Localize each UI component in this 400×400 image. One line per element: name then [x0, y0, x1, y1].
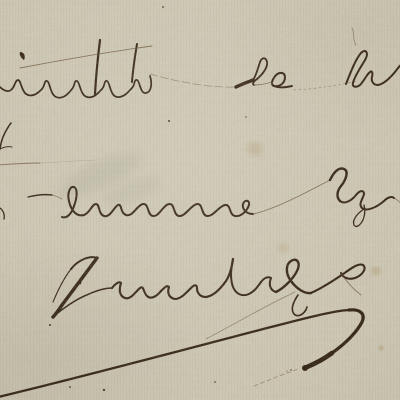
foxing-spot	[371, 267, 381, 276]
manuscript-page: …itérée de lu… devine les poudre Close-u…	[0, 0, 400, 400]
foxing-spot	[247, 142, 263, 156]
paraph-end-blob	[302, 365, 308, 371]
foxing-dot	[378, 345, 383, 350]
foxing-spot	[277, 243, 289, 253]
sig-ink-dot	[79, 282, 82, 285]
handwriting-layer	[0, 0, 400, 400]
